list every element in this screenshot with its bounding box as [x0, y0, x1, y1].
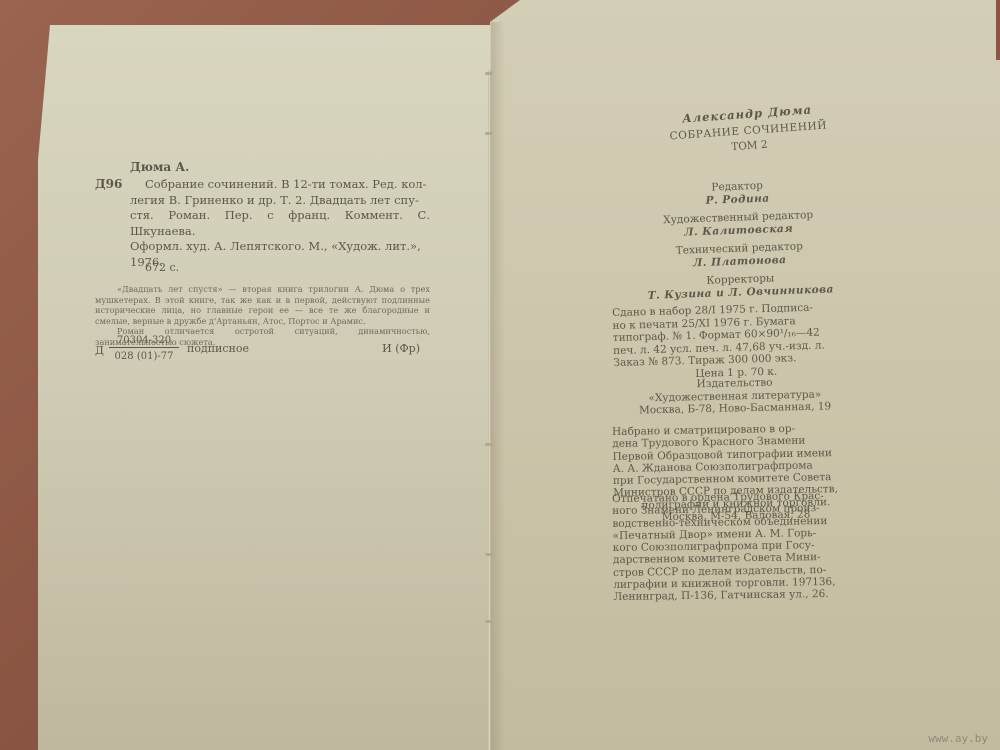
publisher-block: Издательство «Художественная литература»…	[612, 375, 858, 418]
fraction-line	[109, 347, 179, 348]
staff-entry: Технический редактор Л. Платонова	[614, 238, 865, 272]
description-line: легия В. Гриненко и др. Т. 2. Двадцать л…	[130, 193, 430, 209]
editorial-staff: Редактор Р. Родина Художественный редакт…	[612, 176, 866, 309]
description-line: стя. Роман. Пер. с франц. Коммент. С. Шк…	[130, 208, 430, 239]
binding-stitch	[485, 620, 493, 623]
printer-block: Отпечатано в ордена Трудового Крас- ного…	[612, 490, 862, 604]
print-imprint: Сдано в набор 28/I 1975 г. Подписа- но к…	[612, 301, 859, 382]
binding-stitch	[485, 443, 493, 446]
gutter-shadow	[491, 22, 505, 750]
classification-index: И (Фр)	[382, 341, 420, 357]
binding-stitch	[485, 553, 493, 556]
annotation-paragraph: «Двадцать лет спустя» — вторая книга три…	[95, 284, 430, 326]
description-line: Собрание сочинений. В 12-ти томах. Ред. …	[130, 177, 430, 193]
catalog-code: Д96	[95, 177, 122, 193]
binding-stitch	[485, 132, 493, 135]
bibliographic-description: Собрание сочинений. В 12-ти томах. Ред. …	[130, 177, 430, 270]
classification-prefix: Д	[95, 343, 104, 359]
staff-entry: Корректоры Т. Кузина и Л. Овчинникова	[615, 269, 866, 303]
subscription-label: подписное	[187, 341, 249, 357]
page-count: 672 с.	[145, 260, 179, 276]
watermark: www.ay.by	[928, 732, 988, 745]
book-spine-gutter	[488, 70, 491, 750]
binding-stitch	[485, 72, 493, 75]
classification-denominator: 028 (01)-77	[109, 349, 179, 365]
author-heading: Дюма А.	[130, 160, 189, 176]
classification-block: Д 70304-320 028 (01)-77 подписное И (Фр)	[95, 333, 430, 369]
staff-entry: Художественный редактор Л. Калитовская	[613, 207, 864, 241]
description-line: Оформл. худ. А. Лепятского. М., «Худож. …	[130, 239, 430, 255]
left-page	[38, 25, 500, 750]
